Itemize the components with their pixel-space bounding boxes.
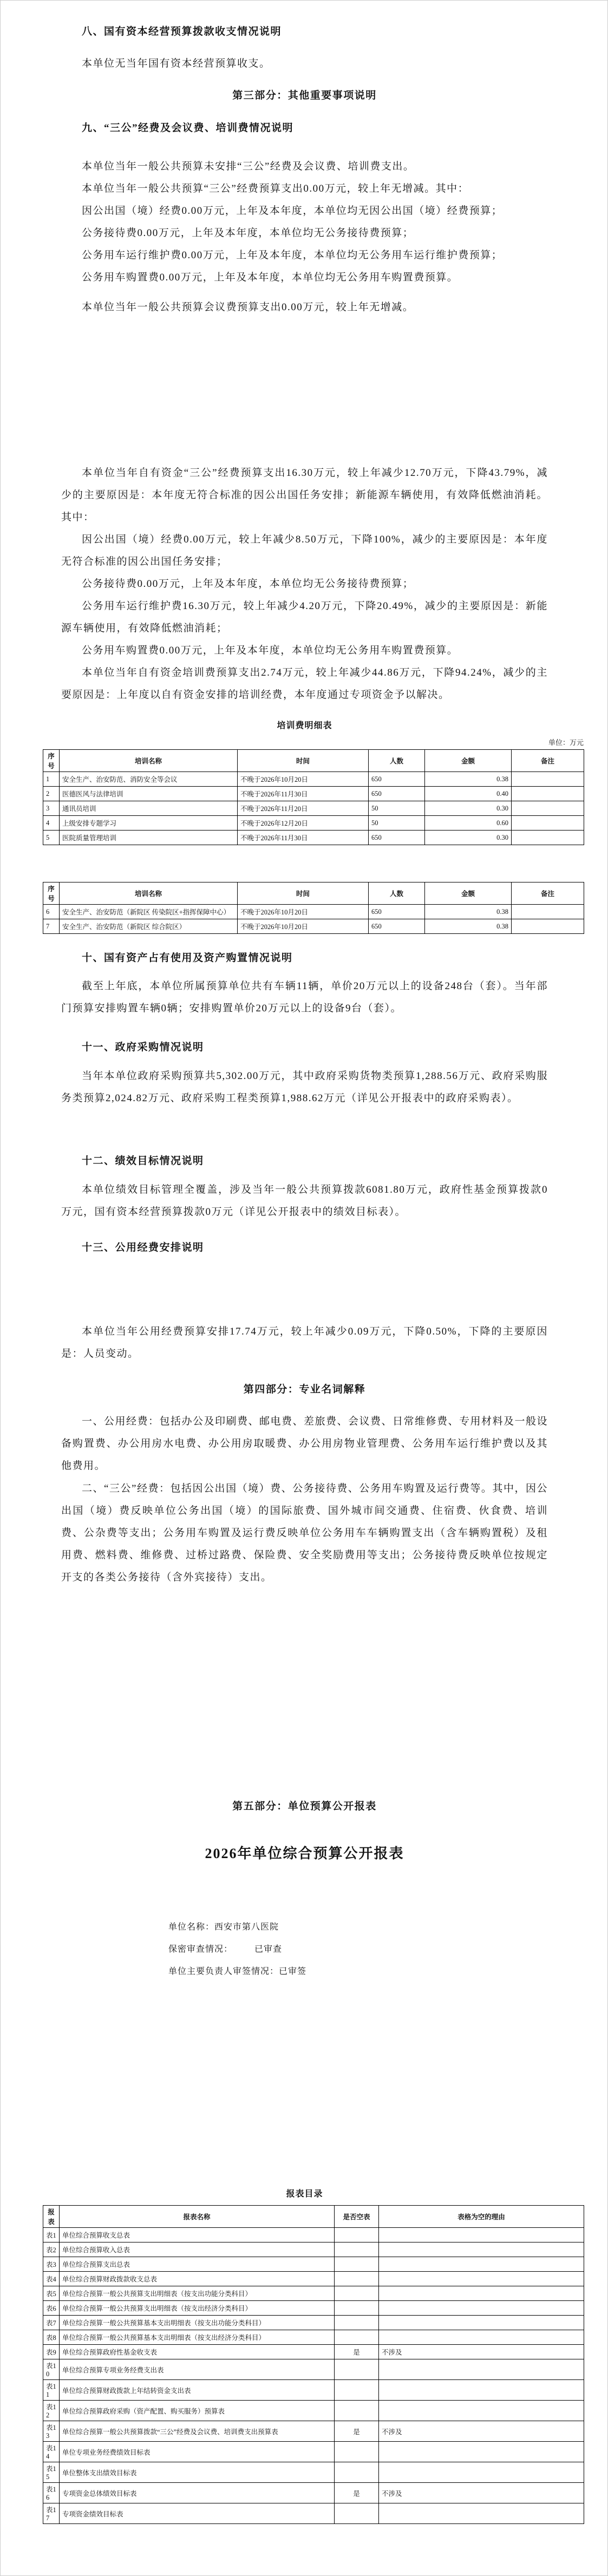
section-heading-13: 十三、公用经费安排说明 xyxy=(61,1239,548,1254)
paragraph: 二、“三公”经费：包括因公出国（境）费、公务接待费、公务用车购置及运行费等。其中… xyxy=(61,1477,548,1588)
table-row: 4上级安排专题学习不晚于2026年12月20日500.60 xyxy=(43,816,584,831)
table-cell xyxy=(335,2359,379,2380)
table-cell: 单位综合预算专项业务经费支出表 xyxy=(60,2359,335,2380)
header-cell: 备注 xyxy=(512,750,584,772)
table-cell: 是 xyxy=(335,2483,379,2503)
leader-signoff-field: 单位主要负责人审签情况：已审签 xyxy=(168,1964,306,1977)
table-row: 表8单位综合预算一般公共预算基本支出明细表（按支出经济分类科目） xyxy=(43,2330,584,2345)
table-cell: 医院质量管理培训 xyxy=(60,831,238,845)
table-cell: 单位综合预算政府采购（资产配置、购买服务）预算表 xyxy=(60,2401,335,2421)
table-cell xyxy=(379,2316,584,2330)
table-row: 表4单位综合预算财政拨款收支总表 xyxy=(43,2272,584,2286)
table-row: 5医院质量管理培训不晚于2026年11月30日6500.30 xyxy=(43,831,584,845)
table-cell: 表6 xyxy=(43,2301,60,2316)
field-value: 已审查 xyxy=(254,1945,282,1954)
paragraph: 一、公用经费：包括办公及印刷费、邮电费、差旅费、会议费、日常维修费、专用材料及一… xyxy=(61,1410,548,1477)
header-cell: 报表 xyxy=(43,2206,60,2228)
table-cell: 安全生产、治安防范（新院区 传染院区+指挥保障中心） xyxy=(60,905,238,919)
table-cell: 表14 xyxy=(43,2442,60,2462)
table-cell: 4 xyxy=(43,816,60,831)
table-cell: 不晚于2026年10月20日 xyxy=(238,772,369,787)
table-cell: 表9 xyxy=(43,2345,60,2359)
table-cell: 医德医风与法律培训 xyxy=(60,787,238,801)
public-budget-paragraphs: 本单位当年一般公共预算未安排“三公”经费及会议费、培训费支出。 本单位当年一般公… xyxy=(61,155,548,318)
table-cell: 7 xyxy=(43,919,60,934)
header-cell: 金额 xyxy=(425,882,512,905)
table-cell: 单位综合预算一般公共预算基本支出明细表（按支出经济分类科目） xyxy=(60,2330,335,2345)
paragraph: 本单位绩效目标管理全覆盖，涉及当年一般公共预算拨款6081.80万元，政府性基金… xyxy=(61,1179,548,1223)
table-cell xyxy=(335,2286,379,2301)
table-row: 2医德医风与法律培训不晚于2026年11月30日6500.40 xyxy=(43,787,584,801)
table-cell: 通讯员培训 xyxy=(60,801,238,816)
toc-title: 报表目录 xyxy=(1,2187,608,2199)
table-cell xyxy=(379,2286,584,2301)
header-cell: 序号 xyxy=(43,750,60,772)
paragraph: 因公出国（境）经费0.00万元，较上年减少8.50万元，下降100%，减少的主要… xyxy=(61,528,548,573)
paragraph: 当年本单位政府采购预算共5,302.00万元，其中政府采购货物类预算1,288.… xyxy=(61,1065,548,1109)
table-cell: 不晚于2026年10月20日 xyxy=(238,919,369,934)
table-cell xyxy=(379,2272,584,2286)
table-cell: 表17 xyxy=(43,2503,60,2524)
table-cell: 0.40 xyxy=(425,787,512,801)
table-cell: 650 xyxy=(369,831,425,845)
table-cell: 5 xyxy=(43,831,60,845)
table-cell: 单位综合预算收支总表 xyxy=(60,2228,335,2242)
table-cell: 表1 xyxy=(43,2228,60,2242)
paragraph: 公务用车购置费0.00万元，上年及本年度，本单位均无公务用车购置费预算。 xyxy=(61,266,548,289)
header-cell: 表格为空的理由 xyxy=(379,2206,584,2228)
field-value: 西安市第八医院 xyxy=(214,1923,279,1932)
table-cell: 2 xyxy=(43,787,60,801)
table-cell: 单位综合预算政府性基金收支表 xyxy=(60,2345,335,2359)
table-row: 表11单位综合预算财政拨款上年结转资金支出表 xyxy=(43,2380,584,2401)
table-cell xyxy=(335,2257,379,2272)
header-cell: 金额 xyxy=(425,750,512,772)
table-row: 表16专项资金总体绩效目标表是不涉及 xyxy=(43,2483,584,2503)
paragraph: 公务接待费0.00万元，上年及本年度，本单位均无公务接待费预算； xyxy=(61,222,548,244)
table-cell: 表5 xyxy=(43,2286,60,2301)
table-cell: 3 xyxy=(43,801,60,816)
table-row: 表3单位综合预算支出总表 xyxy=(43,2257,584,2272)
paragraph: 公务用车购置费0.00万元，上年及本年度，本单位均无公务用车购置费预算。 xyxy=(61,639,548,662)
own-funds-paragraphs: 本单位当年自有资金“三公”经费预算支出16.30万元，较上年减少12.70万元，… xyxy=(61,462,548,706)
table-cell: 不涉及 xyxy=(379,2483,584,2503)
table-cell: 表11 xyxy=(43,2380,60,2401)
table-cell: 50 xyxy=(369,801,425,816)
table-cell: 单位综合预算财政拨款上年结转资金支出表 xyxy=(60,2380,335,2401)
table-cell: 0.60 xyxy=(425,816,512,831)
table-row: 表9单位综合预算政府性基金收支表是不涉及 xyxy=(43,2345,584,2359)
paragraph: 本单位无当年国有资本经营预算收支。 xyxy=(61,53,548,75)
table-row: 表7单位综合预算一般公共预算基本支出明细表（按支出功能分类科目） xyxy=(43,2316,584,2330)
table-cell xyxy=(335,2316,379,2330)
table-cell: 650 xyxy=(369,787,425,801)
section-heading-10: 十、国有资产占有使用及资产购置情况说明 xyxy=(61,950,548,964)
table-cell: 安全生产、治安防范、消防安全等会议 xyxy=(60,772,238,787)
table-cell: 不涉及 xyxy=(379,2345,584,2359)
table-cell: 50 xyxy=(369,816,425,831)
table-cell: 安全生产、治安防范（新院区 综合院区） xyxy=(60,919,238,934)
header-cell: 序号 xyxy=(43,882,60,905)
header-cell: 时间 xyxy=(238,750,369,772)
header-cell: 人数 xyxy=(369,882,425,905)
training-fee-table-1: 序号 培训名称 时间 人数 金额 备注 1安全生产、治安防范、消防安全等会议不晚… xyxy=(43,749,584,845)
table-row: 表1单位综合预算收支总表 xyxy=(43,2228,584,2242)
table-row: 1安全生产、治安防范、消防安全等会议不晚于2026年10月20日6500.38 xyxy=(43,772,584,787)
table-row: 表12单位综合预算政府采购（资产配置、购买服务）预算表 xyxy=(43,2401,584,2421)
unit-name-field: 单位名称：西安市第八医院 xyxy=(168,1920,279,1932)
table-cell: 不晚于2026年11月30日 xyxy=(238,831,369,845)
part4-title: 第四部分：专业名词解释 xyxy=(1,1381,608,1396)
table-row: 6安全生产、治安防范（新院区 传染院区+指挥保障中心）不晚于2026年10月20… xyxy=(43,905,584,919)
table-row: 3通讯员培训不晚于2026年11月20日500.30 xyxy=(43,801,584,816)
header-cell: 报表名称 xyxy=(60,2206,335,2228)
table-cell: 0.38 xyxy=(425,905,512,919)
training-fee-table-2: 序号 培训名称 时间 人数 金额 备注 6安全生产、治安防范（新院区 传染院区+… xyxy=(43,882,584,934)
table-cell: 650 xyxy=(369,905,425,919)
paragraph: 截至上年底，本单位所属预算单位共有车辆11辆，单价20万元以上的设备248台（套… xyxy=(61,975,548,1019)
table-cell: 不晚于2026年10月20日 xyxy=(238,905,369,919)
document-page: 八、国有资本经营预算拨款收支情况说明 本单位无当年国有资本经营预算收支。 第三部… xyxy=(0,0,608,2576)
paragraph: 本单位当年一般公共预算“三公”经费预算支出0.00万元，较上年无增减。其中： xyxy=(61,178,548,200)
paragraph: 本单位当年一般公共预算会议费预算支出0.00万元，较上年无增减。 xyxy=(61,296,548,318)
table-cell: 表7 xyxy=(43,2316,60,2330)
table-row: 表2单位综合预算收入总表 xyxy=(43,2242,584,2257)
field-label: 保密审查情况： xyxy=(168,1945,233,1954)
table-cell: 专项资金总体绩效目标表 xyxy=(60,2483,335,2503)
table-cell: 单位综合预算一般公共预算拨款“三公”经费及会议费、培训费支出预算表 xyxy=(60,2421,335,2442)
table-cell: 单位综合预算一般公共预算支出明细表（按支出经济分类科目） xyxy=(60,2301,335,2316)
table-cell: 上级安排专题学习 xyxy=(60,816,238,831)
table-cell xyxy=(512,772,584,787)
table-cell xyxy=(335,2442,379,2462)
report-main-title: 2026年单位综合预算公开报表 xyxy=(1,1842,608,1862)
training-table-title: 培训费明细表 xyxy=(1,718,608,731)
table-header-row: 序号 培训名称 时间 人数 金额 备注 xyxy=(43,750,584,772)
table-cell xyxy=(379,2442,584,2462)
table-cell: 单位专项业务经费绩效目标表 xyxy=(60,2442,335,2462)
table-cell xyxy=(512,801,584,816)
table-cell: 表3 xyxy=(43,2257,60,2272)
table-cell xyxy=(379,2359,584,2380)
table-cell xyxy=(335,2242,379,2257)
table-cell: 不晚于2026年12月20日 xyxy=(238,816,369,831)
header-cell: 培训名称 xyxy=(60,750,238,772)
table-cell xyxy=(379,2401,584,2421)
paragraph: 本单位当年公用经费预算安排17.74万元，较上年减少0.09万元，下降0.50%… xyxy=(61,1320,548,1365)
table-cell: 单位综合预算一般公共预算基本支出明细表（按支出功能分类科目） xyxy=(60,2316,335,2330)
table-cell: 表13 xyxy=(43,2421,60,2442)
part3-title: 第三部分：其他重要事项说明 xyxy=(1,87,608,102)
section-heading-12: 十二、绩效目标情况说明 xyxy=(61,1153,548,1167)
table-cell: 单位综合预算支出总表 xyxy=(60,2257,335,2272)
table-cell: 表15 xyxy=(43,2462,60,2483)
table-cell xyxy=(379,2330,584,2345)
table-header-row: 报表 报表名称 是否空表 表格为空的理由 xyxy=(43,2206,584,2228)
table-cell xyxy=(512,919,584,934)
table-cell: 专项资金绩效目标表 xyxy=(60,2503,335,2524)
table-cell: 650 xyxy=(369,919,425,934)
table-cell: 表12 xyxy=(43,2401,60,2421)
table-cell xyxy=(335,2503,379,2524)
table-cell xyxy=(379,2462,584,2483)
table-cell xyxy=(512,787,584,801)
table-cell xyxy=(512,831,584,845)
header-cell: 培训名称 xyxy=(60,882,238,905)
paragraph: 公务用车运行维护费0.00万元，上年及本年度，本单位均无公务用车运行维护费预算； xyxy=(61,244,548,266)
paragraph: 公务用车运行维护费16.30万元，较上年减少4.20万元，下降20.49%，减少… xyxy=(61,595,548,639)
header-cell: 人数 xyxy=(369,750,425,772)
table-row: 表10单位综合预算专项业务经费支出表 xyxy=(43,2359,584,2380)
table-cell xyxy=(379,2228,584,2242)
table-cell: 表10 xyxy=(43,2359,60,2380)
table-cell: 不涉及 xyxy=(379,2421,584,2442)
table-cell xyxy=(512,905,584,919)
table-cell xyxy=(335,2401,379,2421)
field-label: 单位名称： xyxy=(168,1923,214,1932)
table-cell: 不晚于2026年11月30日 xyxy=(238,787,369,801)
unit-label: 单位：万元 xyxy=(43,737,584,747)
table-cell xyxy=(379,2257,584,2272)
table-cell: 表2 xyxy=(43,2242,60,2257)
table-cell: 0.30 xyxy=(425,801,512,816)
table-cell xyxy=(379,2242,584,2257)
table-cell: 单位综合预算收入总表 xyxy=(60,2242,335,2257)
field-value: 已审签 xyxy=(279,1967,306,1976)
section-heading-11: 十一、政府采购情况说明 xyxy=(61,1039,548,1054)
table-cell: 单位综合预算财政拨款收支总表 xyxy=(60,2272,335,2286)
table-cell: 650 xyxy=(369,772,425,787)
section-heading-8: 八、国有资本经营预算拨款收支情况说明 xyxy=(61,23,548,38)
table-cell xyxy=(335,2228,379,2242)
table-cell: 1 xyxy=(43,772,60,787)
paragraph: 本单位当年一般公共预算未安排“三公”经费及会议费、培训费支出。 xyxy=(61,155,548,178)
table-row: 表17专项资金绩效目标表 xyxy=(43,2503,584,2524)
table-row: 表5单位综合预算一般公共预算支出明细表（按支出功能分类科目） xyxy=(43,2286,584,2301)
table-cell: 单位整体支出绩效目标表 xyxy=(60,2462,335,2483)
table-header-row: 序号 培训名称 时间 人数 金额 备注 xyxy=(43,882,584,905)
paragraph: 因公出国（境）经费0.00万元，上年及本年度，本单位均无因公出国（境）经费预算； xyxy=(61,200,548,222)
table-cell: 是 xyxy=(335,2421,379,2442)
table-row: 表13单位综合预算一般公共预算拨款“三公”经费及会议费、培训费支出预算表是不涉及 xyxy=(43,2421,584,2442)
part5-title: 第五部分：单位预算公开报表 xyxy=(1,1798,608,1813)
header-cell: 时间 xyxy=(238,882,369,905)
field-label: 单位主要负责人审签情况： xyxy=(168,1967,279,1976)
table-cell xyxy=(335,2301,379,2316)
table-cell: 6 xyxy=(43,905,60,919)
table-cell xyxy=(335,2380,379,2401)
table-cell: 表8 xyxy=(43,2330,60,2345)
table-cell xyxy=(379,2503,584,2524)
header-cell: 是否空表 xyxy=(335,2206,379,2228)
paragraph: 本单位当年自有资金“三公”经费预算支出16.30万元，较上年减少12.70万元，… xyxy=(61,462,548,528)
header-cell: 备注 xyxy=(512,882,584,905)
table-cell: 0.38 xyxy=(425,919,512,934)
paragraph: 本单位当年自有资金培训费预算支出2.74万元，较上年减少44.86万元，下降94… xyxy=(61,662,548,706)
paragraph: 公务接待费0.00万元，上年及本年度，本单位均无公务接待费预算； xyxy=(61,573,548,595)
table-cell xyxy=(379,2301,584,2316)
report-toc-table: 报表 报表名称 是否空表 表格为空的理由 表1单位综合预算收支总表表2单位综合预… xyxy=(43,2205,584,2524)
table-cell xyxy=(335,2330,379,2345)
table-row: 表14单位专项业务经费绩效目标表 xyxy=(43,2442,584,2462)
confidential-review-field: 保密审查情况：已审查 xyxy=(168,1942,282,1954)
table-cell: 表16 xyxy=(43,2483,60,2503)
table-cell: 0.30 xyxy=(425,831,512,845)
table-cell: 表4 xyxy=(43,2272,60,2286)
table-cell xyxy=(335,2462,379,2483)
table-cell: 0.38 xyxy=(425,772,512,787)
table-cell xyxy=(512,816,584,831)
table-cell xyxy=(379,2380,584,2401)
table-cell: 不晚于2026年11月20日 xyxy=(238,801,369,816)
table-cell: 是 xyxy=(335,2345,379,2359)
section-heading-9: 九、“三公”经费及会议费、培训费情况说明 xyxy=(61,120,548,134)
table-row: 7安全生产、治安防范（新院区 综合院区）不晚于2026年10月20日6500.3… xyxy=(43,919,584,934)
table-row: 表15单位整体支出绩效目标表 xyxy=(43,2462,584,2483)
table-cell: 单位综合预算一般公共预算支出明细表（按支出功能分类科目） xyxy=(60,2286,335,2301)
table-row: 表6单位综合预算一般公共预算支出明细表（按支出经济分类科目） xyxy=(43,2301,584,2316)
table-cell xyxy=(335,2272,379,2286)
